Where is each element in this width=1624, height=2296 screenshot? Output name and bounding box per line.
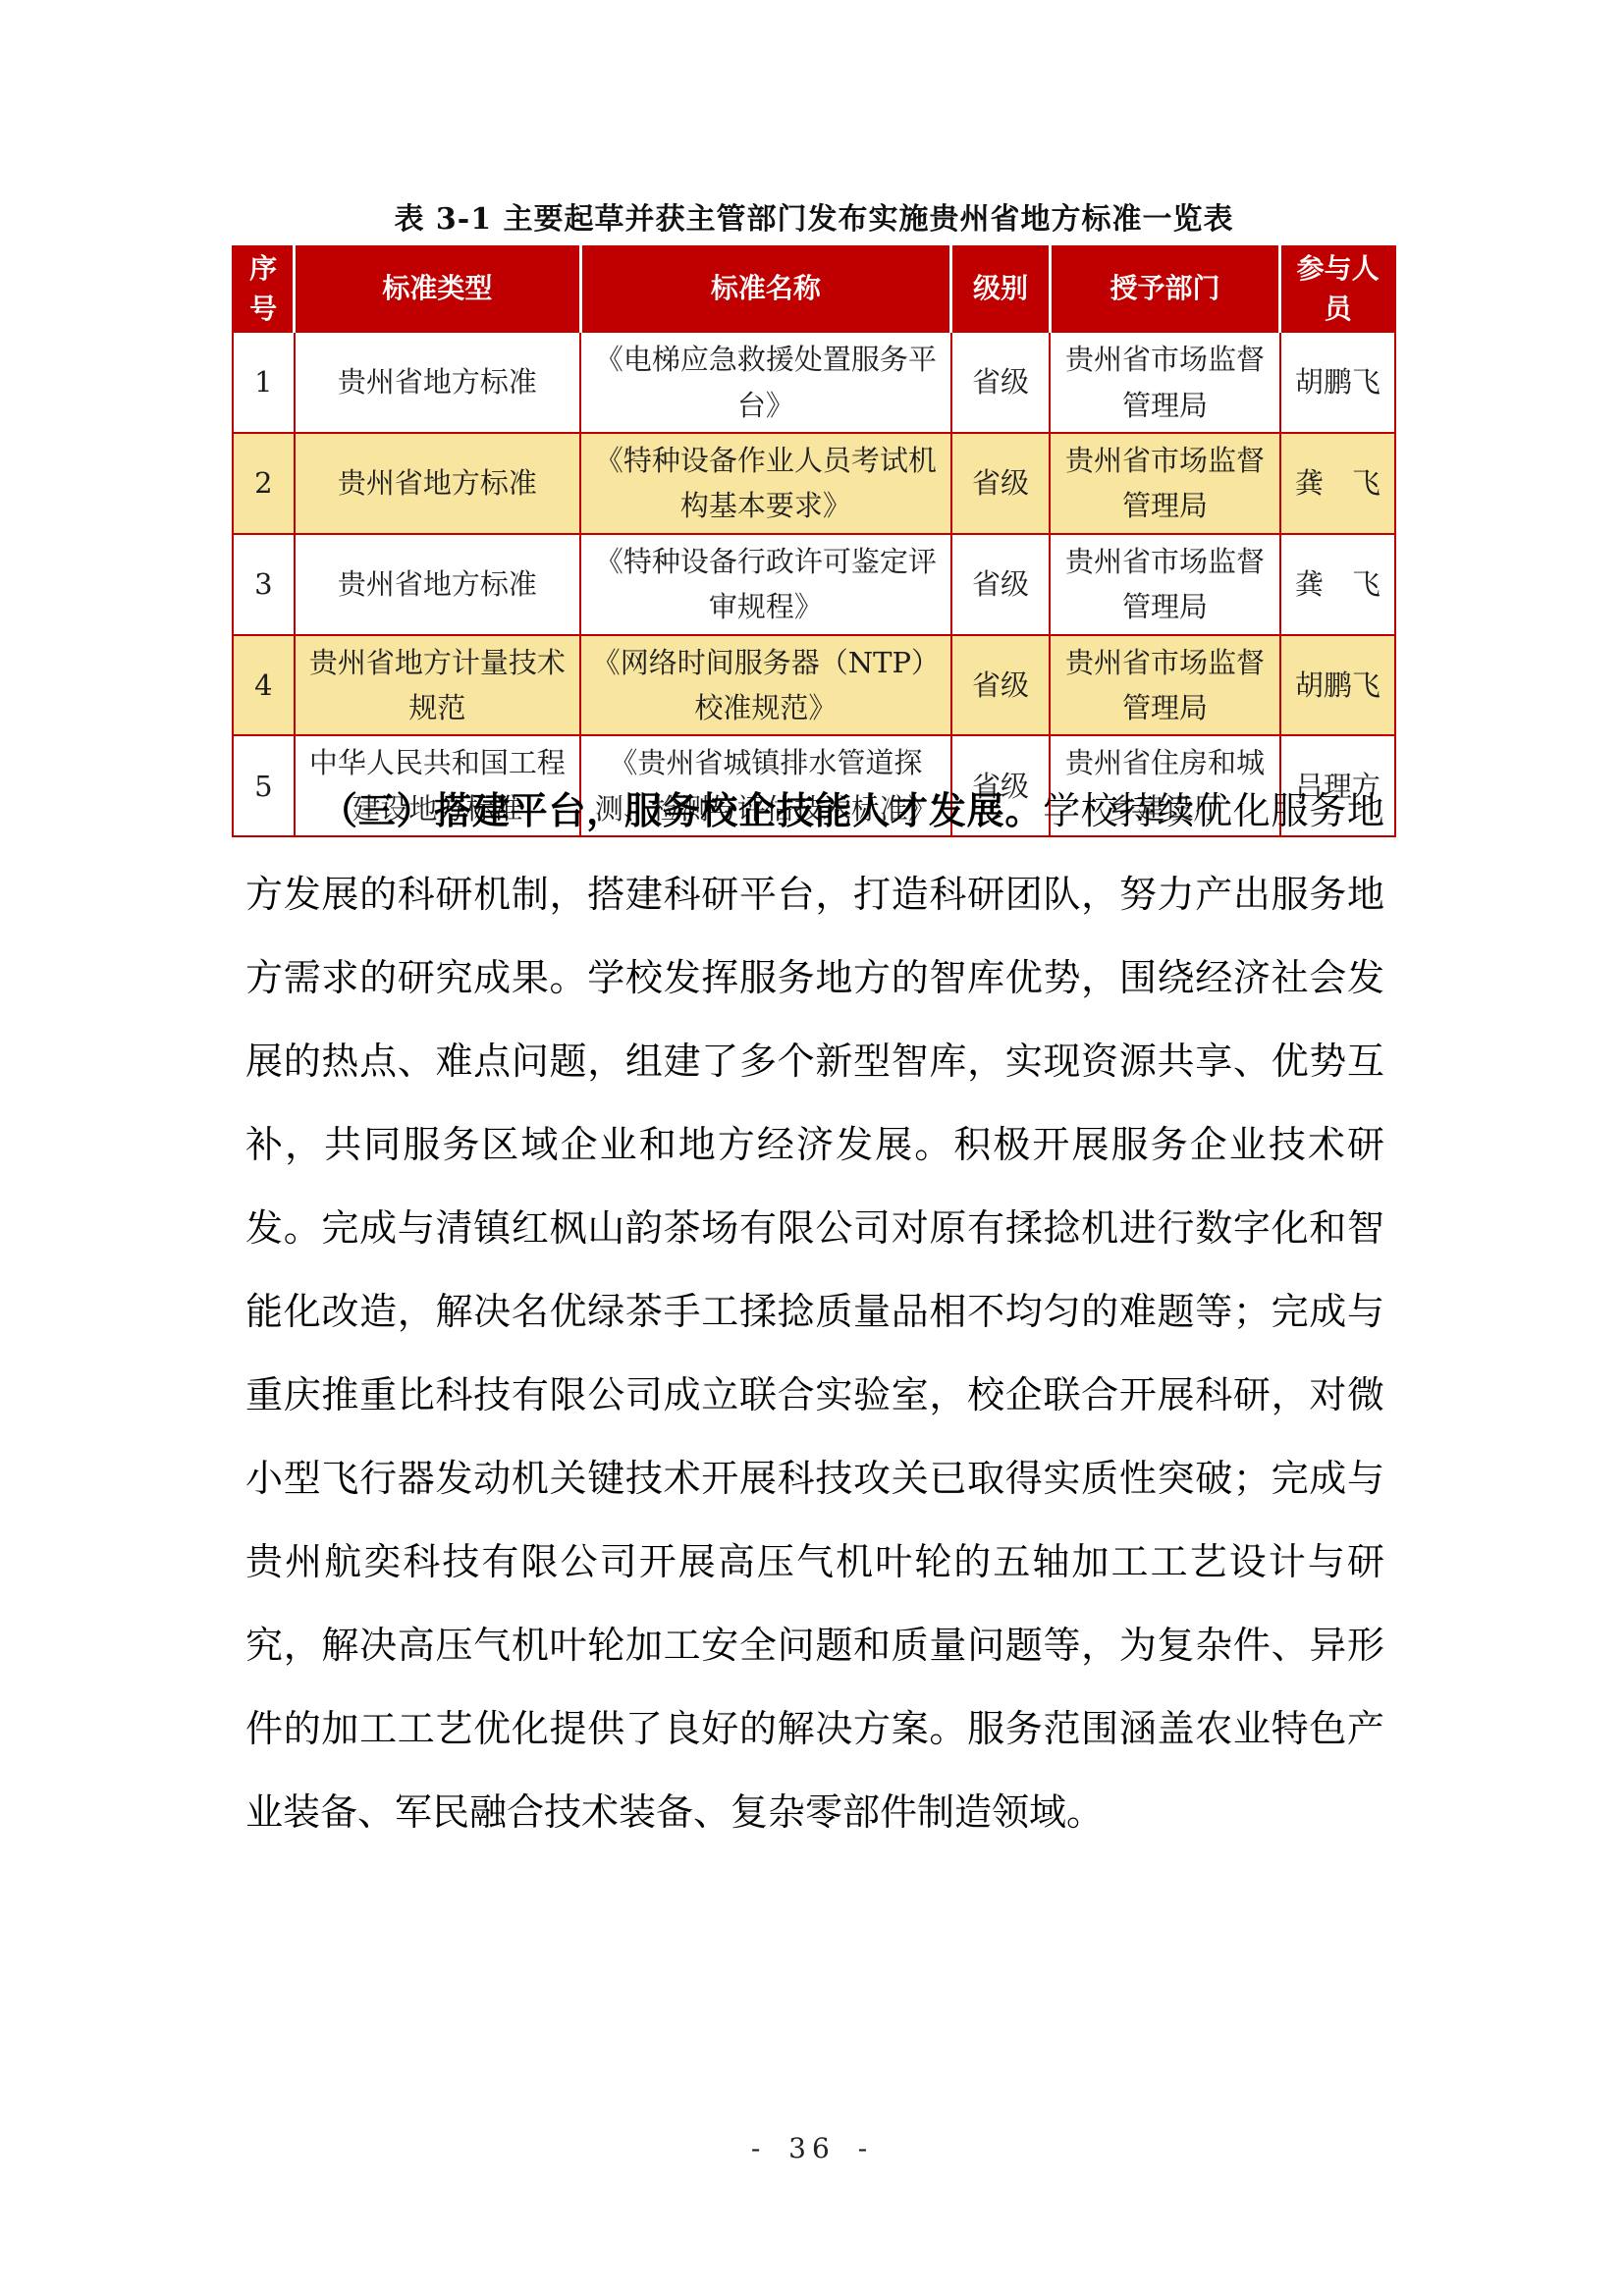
page-number: - 36 - xyxy=(0,2132,1624,2164)
table-row: 1 贵州省地方标准 《电梯应急救援处置服务平台》 省级 贵州省市场监督管理局 胡… xyxy=(233,332,1395,433)
cell-name: 《特种设备作业人员考试机构基本要求》 xyxy=(580,433,951,534)
paragraph-body: 学校持续优化服务地方发展的科研机制，搭建科研平台，打造科研团队，努力产出服务地方… xyxy=(245,789,1384,1834)
cell-no: 2 xyxy=(233,433,295,534)
cell-type: 贵州省地方计量技术规范 xyxy=(295,635,580,736)
cell-person: 胡鹏飞 xyxy=(1280,332,1395,433)
table-row: 3 贵州省地方标准 《特种设备行政许可鉴定评审规程》 省级 贵州省市场监督管理局… xyxy=(233,534,1395,635)
cell-name: 《电梯应急救援处置服务平台》 xyxy=(580,332,951,433)
cell-no: 4 xyxy=(233,635,295,736)
cell-person: 龚 飞 xyxy=(1280,534,1395,635)
cell-name: 《网络时间服务器（NTP）校准规范》 xyxy=(580,635,951,736)
cell-person: 龚 飞 xyxy=(1280,433,1395,534)
cell-level: 省级 xyxy=(951,534,1051,635)
cell-type: 贵州省地方标准 xyxy=(295,433,580,534)
document-page: 表 3-1 主要起草并获主管部门发布实施贵州省地方标准一览表 序号 标准类型 标… xyxy=(0,0,1624,2296)
paragraph: （三）搭建平台，服务校企技能人才发展。学校持续优化服务地方发展的科研机制，搭建科… xyxy=(245,769,1384,1854)
cell-level: 省级 xyxy=(951,332,1051,433)
cell-level: 省级 xyxy=(951,635,1051,736)
paragraph-lead: （三）搭建平台，服务校企技能人才发展。 xyxy=(320,788,1043,832)
cell-person: 胡鹏飞 xyxy=(1280,635,1395,736)
cell-dept: 贵州省市场监督管理局 xyxy=(1050,534,1279,635)
cell-type: 贵州省地方标准 xyxy=(295,534,580,635)
table-header-row: 序号 标准类型 标准名称 级别 授予部门 参与人员 xyxy=(233,246,1395,332)
col-header-name: 标准名称 xyxy=(580,246,951,332)
cell-no: 3 xyxy=(233,534,295,635)
col-header-no: 序号 xyxy=(233,246,295,332)
standards-table: 序号 标准类型 标准名称 级别 授予部门 参与人员 1 贵州省地方标准 《电梯应… xyxy=(232,245,1396,837)
cell-level: 省级 xyxy=(951,433,1051,534)
cell-no: 1 xyxy=(233,332,295,433)
cell-name: 《特种设备行政许可鉴定评审规程》 xyxy=(580,534,951,635)
cell-dept: 贵州省市场监督管理局 xyxy=(1050,433,1279,534)
col-header-dept: 授予部门 xyxy=(1050,246,1279,332)
table-caption: 表 3-1 主要起草并获主管部门发布实施贵州省地方标准一览表 xyxy=(232,194,1396,238)
col-header-person: 参与人员 xyxy=(1280,246,1395,332)
cell-dept: 贵州省市场监督管理局 xyxy=(1050,332,1279,433)
table-row: 4 贵州省地方计量技术规范 《网络时间服务器（NTP）校准规范》 省级 贵州省市… xyxy=(233,635,1395,736)
cell-type: 贵州省地方标准 xyxy=(295,332,580,433)
col-header-type: 标准类型 xyxy=(295,246,580,332)
table-row: 2 贵州省地方标准 《特种设备作业人员考试机构基本要求》 省级 贵州省市场监督管… xyxy=(233,433,1395,534)
col-header-level: 级别 xyxy=(951,246,1051,332)
cell-dept: 贵州省市场监督管理局 xyxy=(1050,635,1279,736)
